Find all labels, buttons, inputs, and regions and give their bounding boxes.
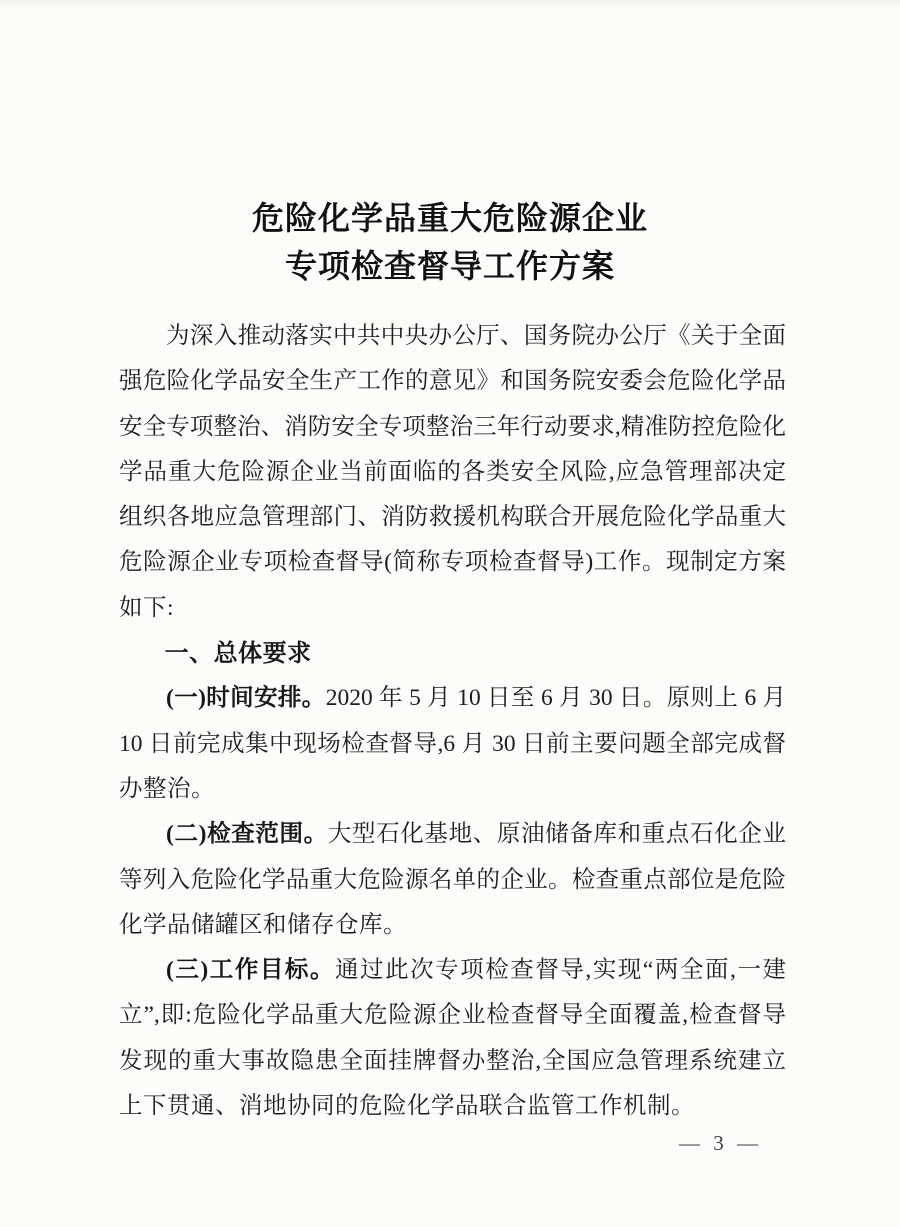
- text-segment: 如下:: [119, 595, 174, 621]
- document-line: 危险源企业专项检查督导(简称专项检查督导)工作。现制定方案: [119, 540, 786, 585]
- document-line: 办整治。: [119, 767, 786, 812]
- text-segment: 上下贯通、消地协同的危险化学品联合监管工作机制。: [119, 1093, 695, 1119]
- document-line: 化学品储罐区和储存仓库。: [119, 903, 786, 948]
- document-title-line-1: 危险化学品重大危险源企业: [0, 194, 900, 242]
- document-line: (一)时间安排。2020 年 5 月 10 日至 6 月 30 日。原则上 6 …: [119, 676, 786, 721]
- document-line: 上下贯通、消地协同的危险化学品联合监管工作机制。: [119, 1084, 786, 1129]
- text-segment: 办整治。: [119, 776, 215, 802]
- document-line: (三)工作目标。通过此次专项检查督导,实现“两全面,一建: [119, 948, 786, 993]
- text-segment: 组织各地应急管理部门、消防救援机构联合开展危险化学品重大: [119, 504, 786, 530]
- text-segment: 学品重大危险源企业当前面临的各类安全风险,应急管理部决定: [119, 459, 786, 485]
- text-segment: 2020 年 5 月 10 日至 6 月 30 日。原则上 6 月: [326, 685, 786, 711]
- document-line: 强危险化学品安全生产工作的意见》和国务院安委会危险化学品: [119, 359, 786, 404]
- text-segment: 发现的重大事故隐患全面挂牌督办整治,全国应急管理系统建立: [119, 1048, 786, 1074]
- text-segment: 通过此次专项检查督导,实现“两全面,一建: [335, 957, 786, 983]
- scan-artifact: [0, 0, 900, 8]
- document-line: 组织各地应急管理部门、消防救援机构联合开展危险化学品重大: [119, 495, 786, 540]
- emphasis-label: (三)工作目标。: [166, 957, 335, 983]
- text-segment: 安全专项整治、消防安全专项整治三年行动要求,精准防控危险化: [119, 414, 786, 440]
- text-segment: 为深入推动落实中共中央办公厅、国务院办公厅《关于全面加: [119, 323, 786, 359]
- emphasis-label: (二)检查范围。: [166, 821, 328, 847]
- document-title: 危险化学品重大危险源企业 专项检查督导工作方案: [0, 194, 900, 290]
- document-line: 发现的重大事故隐患全面挂牌督办整治,全国应急管理系统建立: [119, 1039, 786, 1084]
- document-title-line-2: 专项检查督导工作方案: [0, 242, 900, 290]
- text-segment: 化学品储罐区和储存仓库。: [119, 912, 407, 938]
- document-line: 安全专项整治、消防安全专项整治三年行动要求,精准防控危险化: [119, 405, 786, 450]
- document-line: 为深入推动落实中共中央办公厅、国务院办公厅《关于全面加: [119, 314, 786, 359]
- text-segment: 大型石化基地、原油储备库和重点石化企业: [328, 821, 786, 847]
- emphasis-label: 一、总体要求: [165, 640, 312, 667]
- text-segment: 等列入危险化学品重大危险源名单的企业。检查重点部位是危险: [119, 867, 786, 893]
- document-page: 危险化学品重大危险源企业 专项检查督导工作方案 为深入推动落实中共中央办公厅、国…: [0, 0, 900, 1227]
- section-heading: 一、总体要求: [119, 631, 786, 676]
- document-line: 学品重大危险源企业当前面临的各类安全风险,应急管理部决定: [119, 450, 786, 495]
- document-line: 等列入危险化学品重大危险源名单的企业。检查重点部位是危险: [119, 858, 786, 903]
- text-segment: 强危险化学品安全生产工作的意见》和国务院安委会危险化学品: [119, 368, 786, 394]
- emphasis-label: (一)时间安排。: [166, 685, 326, 711]
- text-segment: 10 日前完成集中现场检查督导,6 月 30 日前主要问题全部完成督: [119, 731, 786, 757]
- document-line: 10 日前完成集中现场检查督导,6 月 30 日前主要问题全部完成督: [119, 722, 786, 767]
- page-number: — 3 —: [679, 1131, 762, 1156]
- document-line: 如下:: [119, 586, 786, 631]
- document-line: 立”,即:危险化学品重大危险源企业检查督导全面覆盖,检查督导: [119, 993, 786, 1038]
- document-body: 为深入推动落实中共中央办公厅、国务院办公厅《关于全面加强危险化学品安全生产工作的…: [119, 314, 786, 1129]
- document-line: (二)检查范围。大型石化基地、原油储备库和重点石化企业: [119, 812, 786, 857]
- text-segment: 立”,即:危险化学品重大危险源企业检查督导全面覆盖,检查督导: [119, 1002, 786, 1028]
- text-segment: 危险源企业专项检查督导(简称专项检查督导)工作。现制定方案: [119, 549, 786, 575]
